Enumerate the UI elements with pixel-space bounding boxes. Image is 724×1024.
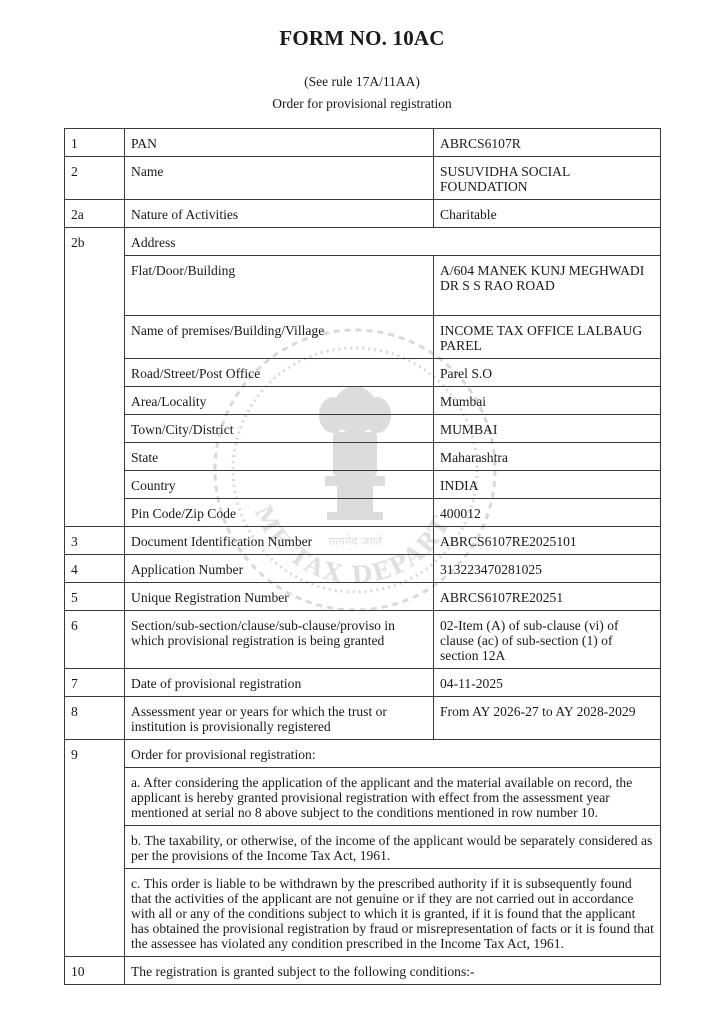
form-title: FORM NO. 10AC [0,26,724,51]
urn-value: ABRCS6107RE20251 [434,583,661,611]
row-number: 7 [65,669,125,697]
application-number-label: Application Number [125,555,434,583]
nature-of-activities-label: Nature of Activities [125,200,434,228]
application-number-value: 313223470281025 [434,555,661,583]
road-value: Parel S.O [434,359,661,387]
table-row: State Maharashtra [65,443,661,471]
row-number: 5 [65,583,125,611]
table-row: 2a Nature of Activities Charitable [65,200,661,228]
flat-label: Flat/Door/Building [125,256,434,316]
registration-date-label: Date of provisional registration [125,669,434,697]
premises-label: Name of premises/Building/Village [125,316,434,359]
table-row: 2 Name SUSUVIDHA SOCIAL FOUNDATION [65,157,661,200]
registration-details-table: 1 PAN ABRCS6107R 2 Name SUSUVIDHA SOCIAL… [64,128,661,985]
name-value: SUSUVIDHA SOCIAL FOUNDATION [434,157,661,200]
pin-label: Pin Code/Zip Code [125,499,434,527]
area-value: Mumbai [434,387,661,415]
nature-of-activities-value: Charitable [434,200,661,228]
row-number: 1 [65,129,125,157]
table-row: 9 Order for provisional registration: [65,740,661,768]
table-row: 8 Assessment year or years for which the… [65,697,661,740]
form-subtitle: Order for provisional registration [0,96,724,112]
address-label: Address [125,228,661,256]
table-row: 10 The registration is granted subject t… [65,957,661,985]
row-number: 2 [65,157,125,200]
row-number: 9 [65,740,125,957]
premises-value: INCOME TAX OFFICE LALBAUG PAREL [434,316,661,359]
assessment-years-value: From AY 2026-27 to AY 2028-2029 [434,697,661,740]
document-id-value: ABRCS6107RE2025101 [434,527,661,555]
table-row: Flat/Door/Building A/604 MANEK KUNJ MEGH… [65,256,661,316]
table-row: 2b Address [65,228,661,256]
document-id-label: Document Identification Number [125,527,434,555]
row-number: 3 [65,527,125,555]
urn-label: Unique Registration Number [125,583,434,611]
state-value: Maharashtra [434,443,661,471]
table-row: a. After considering the application of … [65,768,661,826]
table-row: 6 Section/sub-section/clause/sub-clause/… [65,611,661,669]
order-clause-c: c. This order is liable to be withdrawn … [125,869,661,957]
row-number: 2b [65,228,125,527]
country-value: INDIA [434,471,661,499]
table-row: 4 Application Number 313223470281025 [65,555,661,583]
table-row: Name of premises/Building/Village INCOME… [65,316,661,359]
section-label: Section/sub-section/clause/sub-clause/pr… [125,611,434,669]
registration-date-value: 04-11-2025 [434,669,661,697]
table-row: 7 Date of provisional registration 04-11… [65,669,661,697]
pin-value: 400012 [434,499,661,527]
conditions-label: The registration is granted subject to t… [125,957,661,985]
table-row: Pin Code/Zip Code 400012 [65,499,661,527]
table-row: c. This order is liable to be withdrawn … [65,869,661,957]
name-label: Name [125,157,434,200]
order-clause-b: b. The taxability, or otherwise, of the … [125,826,661,869]
order-clause-a: a. After considering the application of … [125,768,661,826]
assessment-years-label: Assessment year or years for which the t… [125,697,434,740]
row-number: 6 [65,611,125,669]
pan-label: PAN [125,129,434,157]
table-row: 3 Document Identification Number ABRCS61… [65,527,661,555]
row-number: 8 [65,697,125,740]
row-number: 4 [65,555,125,583]
table-row: Country INDIA [65,471,661,499]
table-row: Town/City/District MUMBAI [65,415,661,443]
table-row: 1 PAN ABRCS6107R [65,129,661,157]
table-row: Area/Locality Mumbai [65,387,661,415]
town-label: Town/City/District [125,415,434,443]
table-row: Road/Street/Post Office Parel S.O [65,359,661,387]
order-label: Order for provisional registration: [125,740,661,768]
flat-value: A/604 MANEK KUNJ MEGHWADI DR S S RAO ROA… [434,256,661,316]
table-row: b. The taxability, or otherwise, of the … [65,826,661,869]
area-label: Area/Locality [125,387,434,415]
road-label: Road/Street/Post Office [125,359,434,387]
rule-reference: (See rule 17A/11AA) [0,74,724,90]
town-value: MUMBAI [434,415,661,443]
country-label: Country [125,471,434,499]
row-number: 10 [65,957,125,985]
row-number: 2a [65,200,125,228]
table-row: 5 Unique Registration Number ABRCS6107RE… [65,583,661,611]
section-value: 02-Item (A) of sub-clause (vi) of clause… [434,611,661,669]
pan-value: ABRCS6107R [434,129,661,157]
state-label: State [125,443,434,471]
